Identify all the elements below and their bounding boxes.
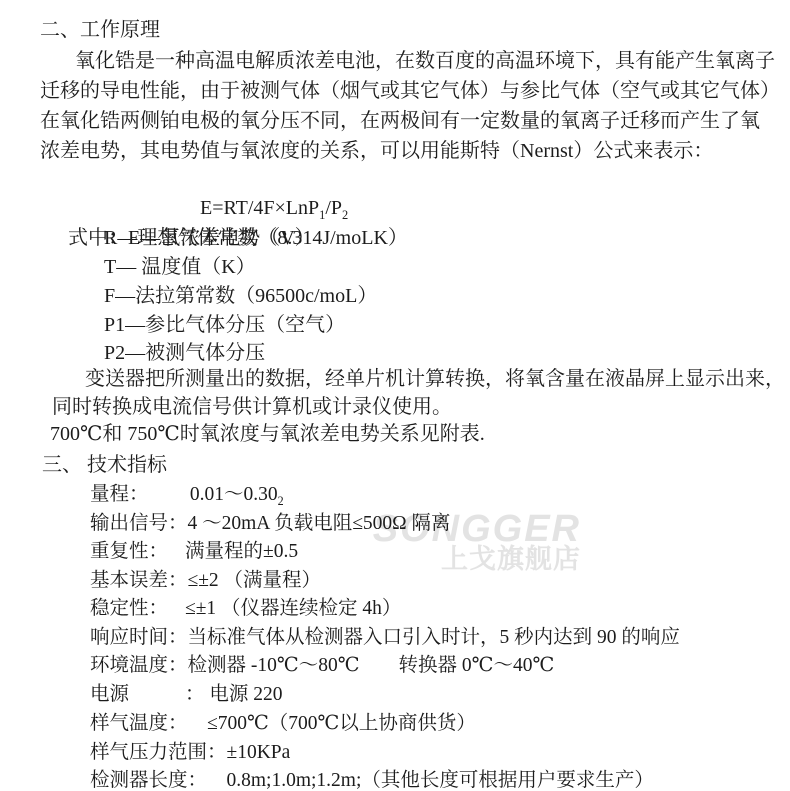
formula-term-definition: F—法拉第常数（96500c/moL） [104, 282, 377, 311]
paragraph-line: 氧化锆是一种高温电解质浓差电池，在数百度的高温环境下，具有能产生氧离子 [75, 47, 775, 76]
spec-label: 响应时间： [90, 623, 188, 652]
paragraph-line: 变送器把所测量出的数据，经单片机计算转换，将氧含量在液晶屏上显示出来， [85, 365, 785, 394]
spec-row-detector-length: 检测器长度： 0.8m;1.0m;1.2m;（其他长度可根据用户要求生产） [90, 766, 654, 791]
paragraph-line: 迁移的导电性能，由于被测气体（烟气或其它气体）与参比气体（空气或其它气体） [40, 77, 780, 106]
watermark-store-name: 上戈旗舰店 [441, 546, 581, 573]
spec-value: 检测器 -10℃～80℃ 转换器 0℃～40℃ [188, 651, 555, 680]
spec-row-stability: 稳定性： ≤±1 （仪器连续检定 4h） [90, 594, 401, 623]
section-heading-technical-specs: 三、 技术指标 [42, 451, 167, 480]
spec-row-output-signal: 输出信号： 4 ～20mA 负载电阻≤500Ω 隔离 [90, 509, 451, 538]
formula-subscript-2: 2 [342, 208, 348, 222]
spec-row-ambient-temperature: 环境温度： 检测器 -10℃～80℃ 转换器 0℃～40℃ [90, 651, 554, 680]
formula-term-definition: T— 温度值（K） [104, 253, 256, 282]
spec-row-power-supply: 电源 ： 电源 220 [90, 680, 283, 709]
spec-value: 4 ～20mA 负载电阻≤500Ω 隔离 [188, 509, 451, 538]
spec-label: 样气温度： [90, 709, 188, 738]
spec-label: 重复性： [90, 537, 185, 566]
spec-value: ±10KPa [227, 738, 291, 767]
formula-term-definition: P1—参比气体分压（空气） [104, 311, 345, 340]
spec-row-repeatability: 重复性： 满量程的±0.5 [90, 537, 298, 566]
paragraph-line: 在氧化锆两侧铂电极的氧分压不同，在两极间有一定数量的氧离子迁移而产生了氧 [40, 107, 760, 136]
formula-term-definition: R—理想气体常数（8.314J/moLK） [104, 224, 408, 253]
spec-label: 量程： [90, 480, 185, 509]
spec-value: ≤700℃（700℃以上协商供货） [188, 709, 476, 738]
spec-row-basic-error: 基本误差： ≤±2 （满量程） [90, 566, 321, 595]
spec-value: ： 电源 220 [185, 680, 283, 709]
spec-value: 满量程的±0.5 [185, 537, 298, 566]
spec-value: ≤±1 （仪器连续检定 4h） [185, 594, 401, 623]
spec-row-sample-gas-temperature: 样气温度： ≤700℃（700℃以上协商供货） [90, 709, 476, 738]
spec-label: 输出信号： [90, 509, 188, 538]
section-heading-working-principle: 二、工作原理 [40, 16, 160, 45]
formula-divider: /P [325, 197, 342, 219]
spec-label: 检测器长度： [90, 766, 207, 791]
spec-label: 基本误差： [90, 566, 188, 595]
spec-value: 当标准气体从检测器入口引入时计，5 秒内达到 90 的响应 [188, 623, 680, 652]
spec-value: ≤±2 （满量程） [188, 566, 322, 595]
paragraph-line: 同时转换成电流信号供计算机或计录仪使用。 [52, 393, 452, 422]
formula-term-definition: P2—被测气体分压 [104, 339, 265, 368]
spec-value-subscript: 2 [278, 494, 284, 508]
spec-label: 稳定性： [90, 594, 185, 623]
document-page: SONGGER 上戈旗舰店 二、工作原理 氧化锆是一种高温电解质浓差电池，在数百… [0, 0, 790, 791]
spec-label: 电源 [90, 680, 185, 709]
spec-label: 样气压力范围： [90, 738, 227, 767]
spec-value: 0.8m;1.0m;1.2m;（其他长度可根据用户要求生产） [207, 766, 654, 791]
spec-label: 环境温度： [90, 651, 188, 680]
paragraph-line: 浓差电势，其电势值与氧浓度的关系，可以用能斯特（Nernst）公式来表示： [40, 137, 713, 166]
spec-row-sample-gas-pressure-range: 样气压力范围： ±10KPa [90, 738, 290, 767]
spec-row-response-time: 响应时间： 当标准气体从检测器入口引入时计，5 秒内达到 90 的响应 [90, 623, 680, 652]
appendix-note: 700℃和 750℃时氧浓度与氧浓差电势关系见附表. [50, 420, 485, 449]
